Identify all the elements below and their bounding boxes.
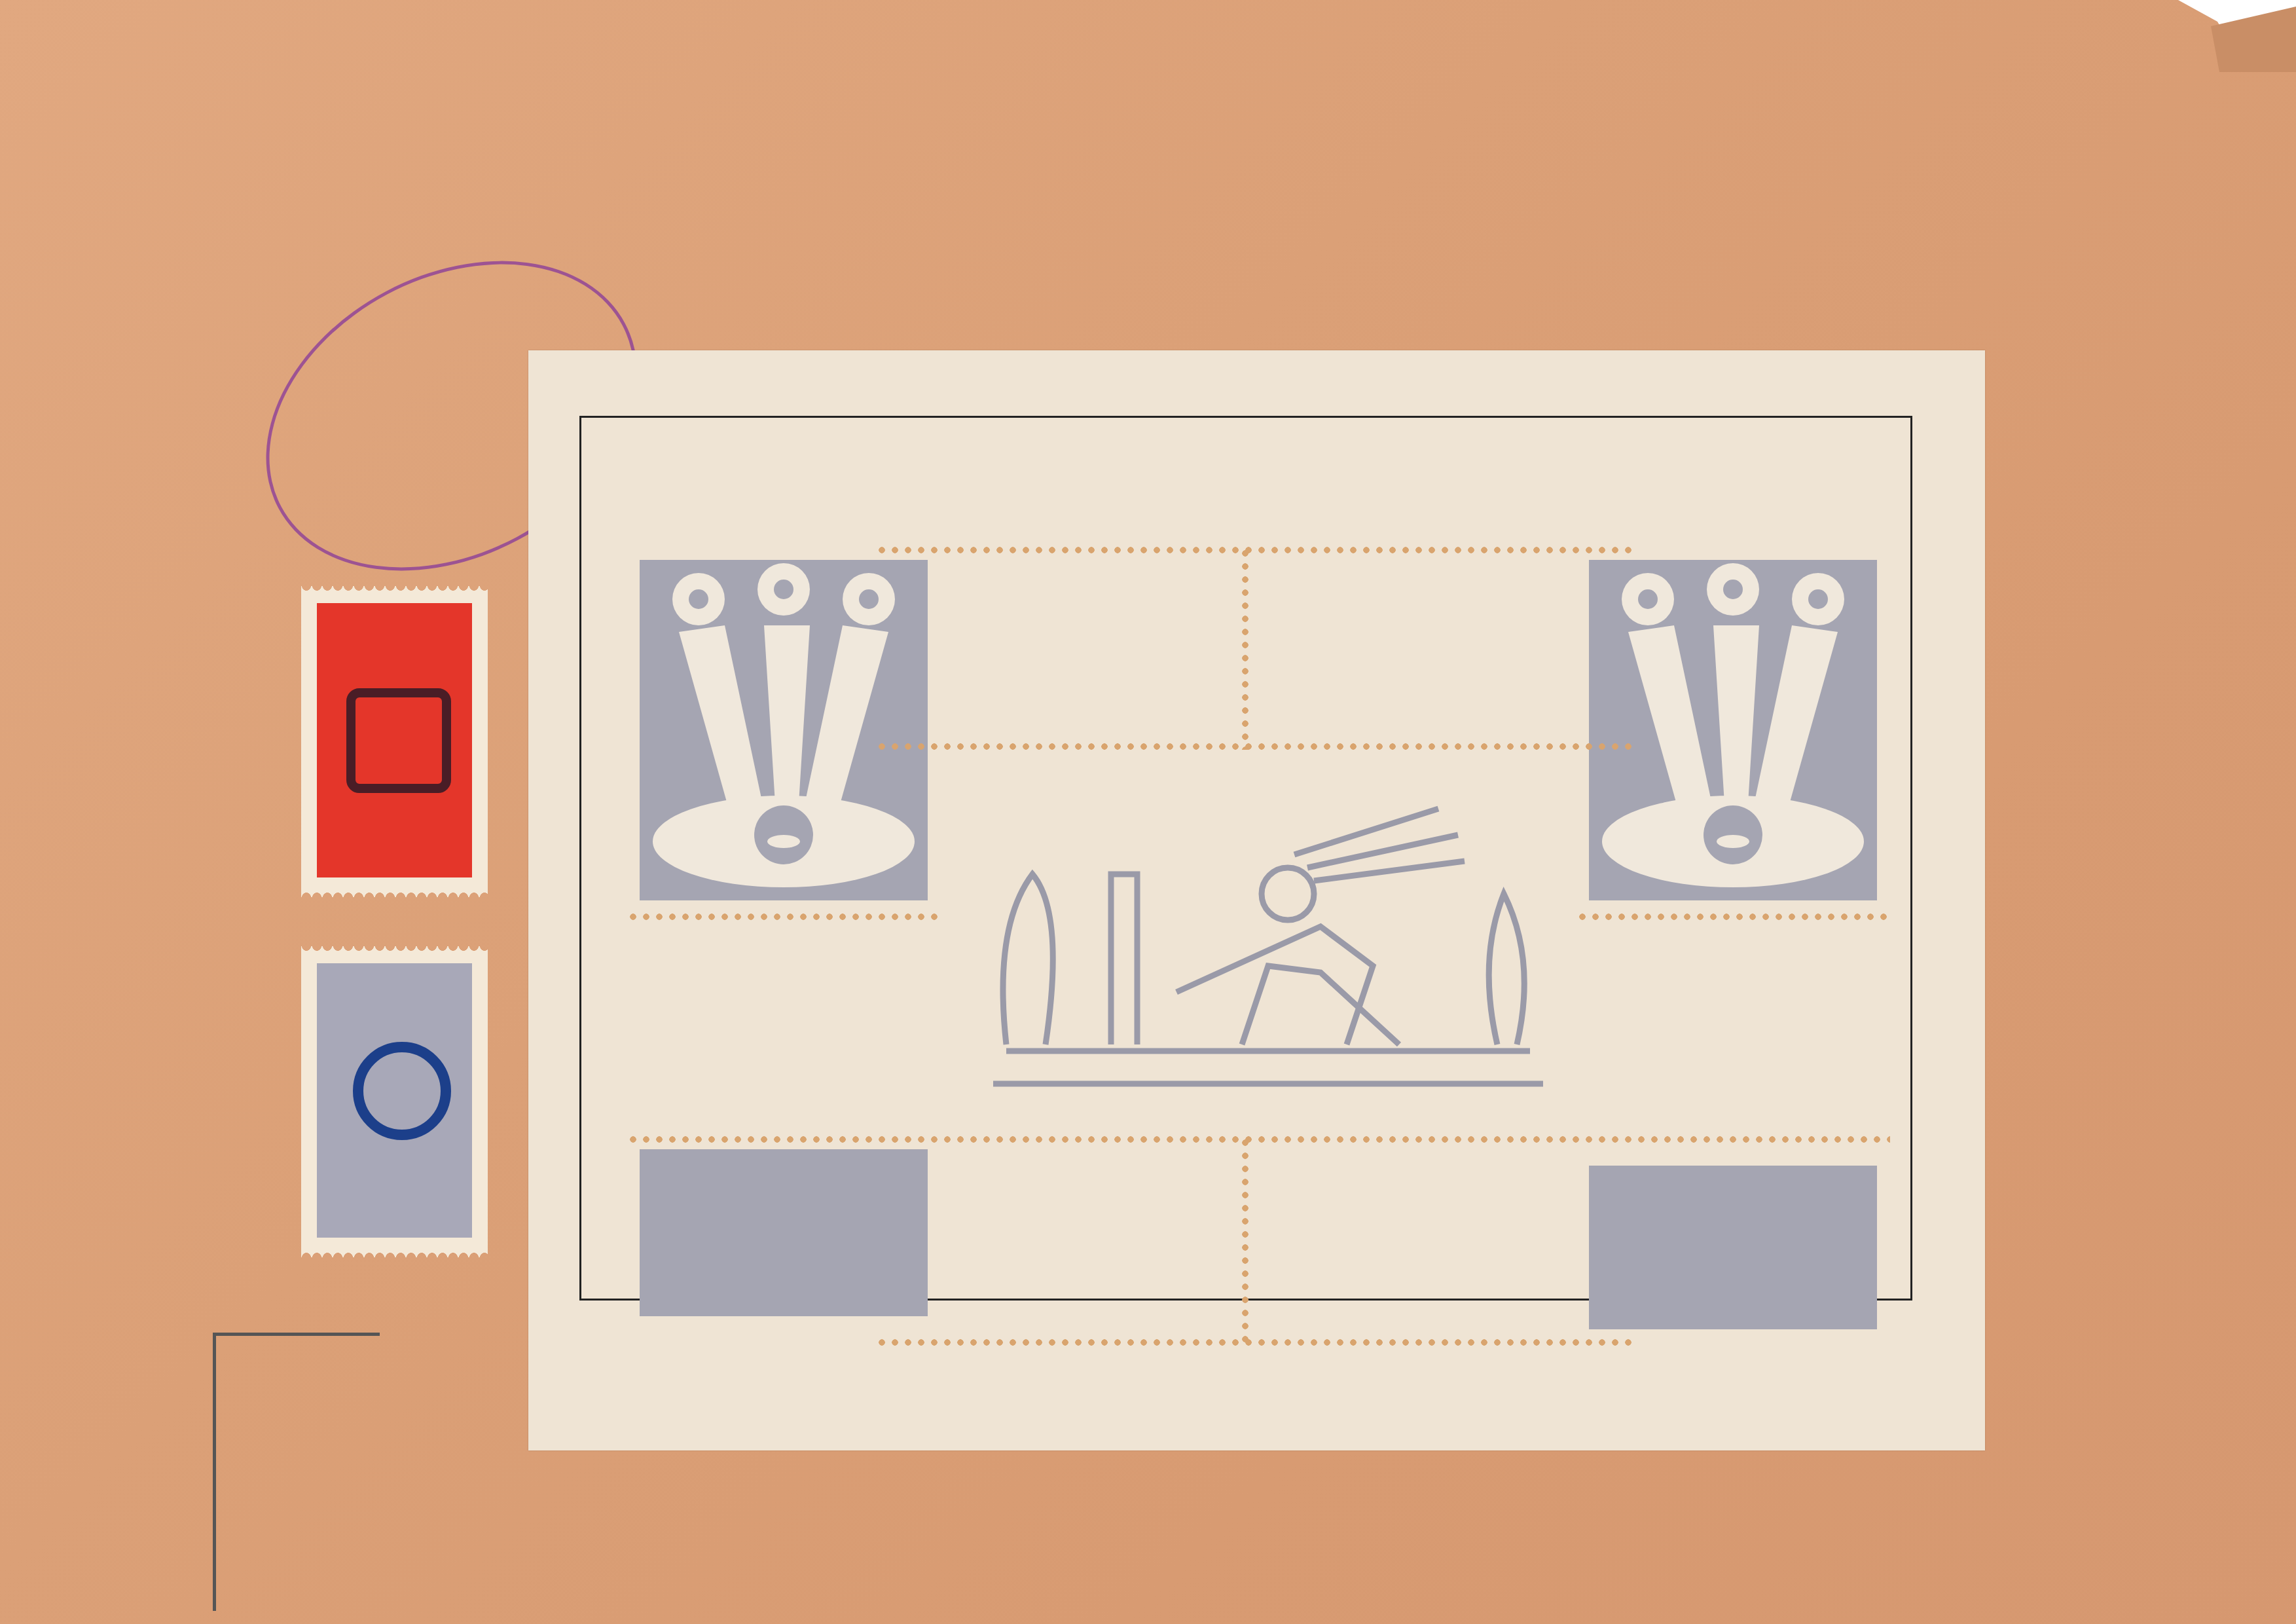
panel-year-left bbox=[640, 1149, 928, 1316]
aztec-warrior-illustration bbox=[980, 796, 1556, 1123]
year-1856 bbox=[640, 1149, 928, 1316]
panel-glyph-right bbox=[1589, 560, 1877, 900]
bird-glyph-icon bbox=[353, 1042, 451, 1140]
aztec-glyph-icon bbox=[640, 560, 928, 900]
souvenir-sheet bbox=[528, 350, 1985, 1450]
left-stamp-1 bbox=[301, 586, 488, 897]
aztec-glyph-icon bbox=[1589, 560, 1877, 900]
panel-year-right bbox=[1589, 1166, 1877, 1329]
left-stamp-2 bbox=[301, 946, 488, 1257]
registration-label-box bbox=[213, 1333, 380, 1611]
panel-glyph-left bbox=[640, 560, 928, 900]
year-1956 bbox=[1589, 1166, 1877, 1329]
sun-glyph-icon bbox=[346, 688, 451, 793]
